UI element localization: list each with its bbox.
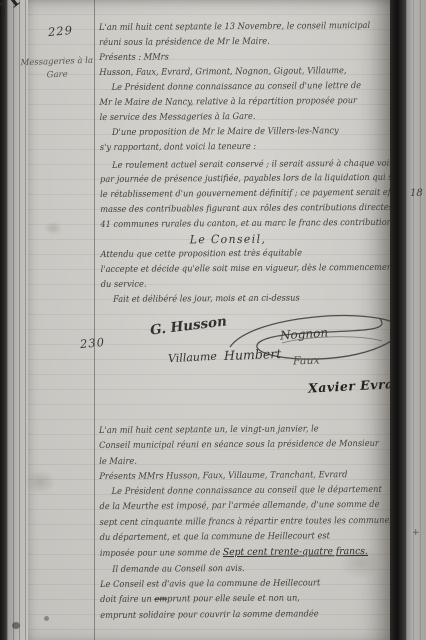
text-line: emprunt solidaire pour couvrir la somme … (100, 607, 376, 624)
text-line: l'accepte et décide qu'elle soit mise en… (101, 261, 377, 278)
text-line: Conseil municipal réuni en séance sous l… (99, 437, 375, 454)
text-line-somme: imposée pour une somme de Sept cent tren… (100, 544, 376, 562)
book-binding-edge (390, 0, 406, 640)
text-line: de la Meurthe est imposé, par l'armée al… (100, 498, 376, 515)
somme-pre: imposée pour une somme de (100, 548, 223, 559)
emprunt-struck-word: em (154, 595, 167, 605)
text-line: Mr le Maire de Nancy, relative à la répa… (99, 94, 375, 111)
text-line-fee: Le roulement actuel serait conservé ; il… (100, 154, 376, 174)
entry-number-230: 230 (79, 335, 105, 351)
text-line: 41 communes rurales du canton, et au mar… (100, 216, 376, 233)
margin-note-messageries: Messageries à la Gare (16, 55, 99, 84)
margin-rule-line (94, 0, 95, 640)
underlying-page-edges (7, 0, 28, 640)
text-line: Le Président donne connaissance au conse… (99, 79, 375, 96)
entry-230-text: L'an mil huit cent septante un, le vingt… (99, 422, 376, 624)
entry-229-text: L'an mil huit cent septante le 13 Novemb… (99, 19, 376, 308)
facing-page-ink-mark: + (412, 528, 420, 538)
signature-villaume: Villaume (168, 350, 218, 366)
facing-page-edge (406, 0, 426, 640)
signature-humbert: Humbert (224, 346, 282, 363)
text-line: D'une proposition de Mr le Maire de Vill… (100, 124, 376, 141)
emprunt-post: prunt pour elle seule et non un, (167, 594, 300, 605)
text-line: sept cent cinquante mille francs à répar… (100, 514, 376, 531)
entry-number-229: 229 (47, 23, 73, 39)
text-line: L'an mil huit cent septante le 13 Novemb… (99, 19, 375, 36)
fee-text: Le roulement actuel serait conservé ; il… (112, 158, 426, 170)
facing-page-number-fragment: 18 (410, 188, 423, 199)
emprunt-pre: doit faire un (100, 595, 154, 605)
somme-underlined: Sept cent trente-quatre francs. (223, 546, 368, 558)
manuscript-scan: 7156 229 Messageries à la Gare 230 L'an … (0, 0, 426, 640)
book-gutter-edge (0, 0, 7, 640)
signature-faux: Faux (293, 354, 320, 368)
